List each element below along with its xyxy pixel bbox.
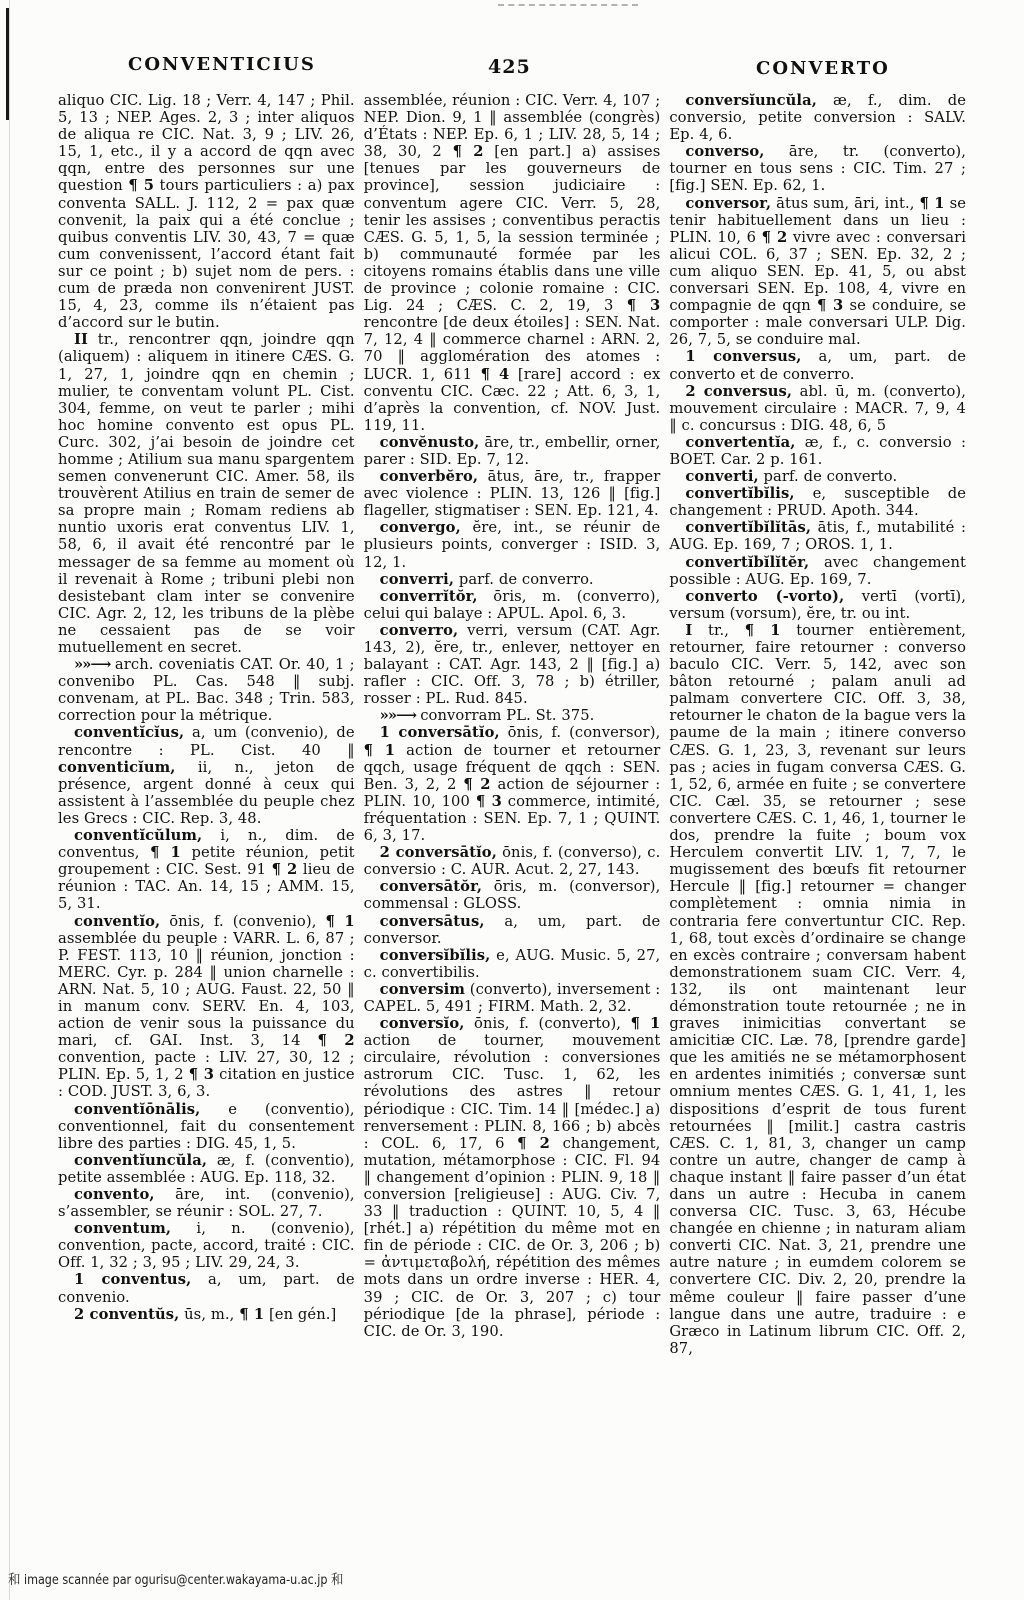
pilcrow-section-marker: ¶ 3 <box>189 1066 214 1083</box>
pilcrow-section-marker: ¶ 4 <box>481 366 510 383</box>
headword: converbĕro, <box>380 468 478 485</box>
dictionary-paragraph: convertĭbĭlĭtās, ātis, f., mutabilité : … <box>669 519 966 553</box>
pilcrow-section-marker: ¶ 2 <box>762 229 788 246</box>
dictionary-paragraph: convertĭbĭlĭtĕr, avec changement possibl… <box>669 554 966 588</box>
dictionary-paragraph: converbĕro, ātus, āre, tr., frapper avec… <box>364 468 661 519</box>
headword: conventicĭum, <box>58 759 176 776</box>
headword: conventĭuncŭla, <box>74 1152 207 1169</box>
dictionary-paragraph: convento, āre, int. (convenio), s’assemb… <box>58 1186 355 1220</box>
dictionary-column-right: conversĭuncŭla, æ, f., dim. de conversio… <box>669 92 966 1542</box>
dictionary-paragraph: 1 conversus, a, um, part. de converto et… <box>669 348 966 382</box>
headword: conversātus, <box>380 913 485 930</box>
headword: converro, <box>380 622 459 639</box>
dictionary-paragraph: conventĭōnālis, e (conventio), conventio… <box>58 1101 355 1152</box>
text-columns: aliquo CIC. Lig. 18 ; Verr. 4, 147 ; Phi… <box>58 92 966 1542</box>
archaic-forms-arrow-icon: »»⟶ <box>380 707 421 724</box>
dictionary-paragraph: aliquo CIC. Lig. 18 ; Verr. 4, 147 ; Phi… <box>58 92 355 331</box>
dictionary-paragraph: 2 conventŭs, ūs, m., ¶ 1 [en gén.] <box>58 1306 355 1323</box>
headword: convertĭbĭlis, <box>685 485 794 502</box>
headword: convergo, <box>380 519 461 536</box>
dictionary-paragraph: conventĭuncŭla, æ, f. (conventio), petit… <box>58 1152 355 1186</box>
headword: conventĭcĭus, <box>74 724 184 741</box>
dictionary-paragraph: conventĭcĭus, a, um (convenio), de renco… <box>58 724 355 827</box>
headword: conventĭcŭlum, <box>74 827 202 844</box>
scan-edge-line <box>9 0 10 1600</box>
dictionary-paragraph: conversātŏr, ōris, m. (conversor), comme… <box>364 878 661 912</box>
page-number: 425 <box>488 56 531 78</box>
headword: conversĭo, <box>380 1015 465 1032</box>
headword: 2 conversātĭo, <box>380 844 497 861</box>
scan-credit-line: 和 image scannée par ogurisu@center.wakay… <box>8 1568 343 1588</box>
dictionary-paragraph: converro, verri, versum (CAT. Agr. 143, … <box>364 622 661 707</box>
dictionary-paragraph: convertentĭa, æ, f., c. conversio : BOET… <box>669 434 966 468</box>
dictionary-paragraph: convertĭbĭlis, e, susceptible de changem… <box>669 485 966 519</box>
dictionary-paragraph: conversor, ātus sum, āri, int., ¶ 1 se t… <box>669 195 966 349</box>
dictionary-paragraph: converso, āre, tr. (converto), tourner e… <box>669 143 966 194</box>
pilcrow-section-marker: ¶ 1 <box>745 622 781 639</box>
headword: converso, <box>685 143 764 160</box>
pilcrow-section-marker: ¶ 3 <box>627 297 661 314</box>
headword: conversĭbĭlis, <box>380 947 491 964</box>
headword: conversim <box>380 981 465 998</box>
dictionary-paragraph: assemblée, réunion : CIC. Verr. 4, 107 ;… <box>364 92 661 434</box>
pilcrow-section-marker: ¶ 2 <box>517 1135 550 1152</box>
dictionary-paragraph: conversĭbĭlis, e, AUG. Music. 5, 27, c. … <box>364 947 661 981</box>
dictionary-paragraph: 2 conversus, abl. ū, m. (converto), mouv… <box>669 383 966 434</box>
dictionary-paragraph: 2 conversātĭo, ōnis, f. (converso), c. c… <box>364 844 661 878</box>
dictionary-paragraph: conversim (converto), inversement : CAPE… <box>364 981 661 1015</box>
page-header: CONVENTICIUS 425 CONVERTO <box>0 52 1024 82</box>
dictionary-paragraph: 1 conversātĭo, ōnis, f. (conversor), ¶ 1… <box>364 724 661 844</box>
dictionary-paragraph: convĕnusto, āre, tr., embellir, orner, p… <box>364 434 661 468</box>
dictionary-paragraph: converrĭtŏr, ōris, m. (converro), celui … <box>364 588 661 622</box>
headword: convento, <box>74 1186 155 1203</box>
pilcrow-section-marker: ¶ 1 <box>325 913 354 930</box>
headword: 1 conversus, <box>685 348 801 365</box>
headword: I <box>685 622 692 639</box>
archaic-forms-arrow-icon: »»⟶ <box>74 656 115 673</box>
headword: converri, <box>380 571 454 588</box>
dictionary-paragraph: conventĭo, ōnis, f. (convenio), ¶ 1 asse… <box>58 913 355 1101</box>
headword: 1 conventus, <box>74 1271 191 1288</box>
dictionary-paragraph: II tr., rencontrer qqn, joindre qqn (ali… <box>58 331 355 656</box>
dictionary-paragraph: conversĭo, ōnis, f. (converto), ¶ 1 acti… <box>364 1015 661 1340</box>
headword: converto (-vorto), <box>685 588 844 605</box>
headword: convertentĭa, <box>685 434 795 451</box>
headword: conversor, <box>685 195 771 212</box>
dictionary-column-left: aliquo CIC. Lig. 18 ; Verr. 4, 147 ; Phi… <box>58 92 355 1542</box>
headword: 2 conversus, <box>685 383 792 400</box>
dictionary-column-middle: assemblée, réunion : CIC. Verr. 4, 107 ;… <box>364 92 661 1542</box>
dictionary-paragraph: 1 conventus, a, um, part. de convenio. <box>58 1271 355 1305</box>
pilcrow-section-marker: ¶ 1 <box>919 195 944 212</box>
dictionary-paragraph: conventĭcŭlum, i, n., dim. de conventus,… <box>58 827 355 912</box>
dictionary-paragraph: conversātus, a, um, part. de conversor. <box>364 913 661 947</box>
dictionary-paragraph: »»⟶ convorram PL. St. 375. <box>364 707 661 724</box>
scan-top-artifact <box>498 4 638 6</box>
pilcrow-section-marker: ¶ 2 <box>453 143 484 160</box>
dictionary-paragraph: »»⟶ arch. coveniatis CAT. Or. 40, 1 ; co… <box>58 656 355 724</box>
dictionary-paragraph: converto (-vorto), vertī (vortī), versum… <box>669 588 966 622</box>
pilcrow-section-marker: ¶ 3 <box>476 793 502 810</box>
pilcrow-section-marker: ¶ 2 <box>318 1032 355 1049</box>
headword: II <box>74 331 88 348</box>
pilcrow-section-marker: ¶ 1 <box>150 844 181 861</box>
dictionary-paragraph: conversĭuncŭla, æ, f., dim. de conversio… <box>669 92 966 143</box>
pilcrow-section-marker: ¶ 1 <box>631 1015 661 1032</box>
dictionary-paragraph: conventum, i, n. (convenio), convention,… <box>58 1220 355 1271</box>
headword: converrĭtŏr, <box>380 588 478 605</box>
headword: conventĭōnālis, <box>74 1101 200 1118</box>
dictionary-paragraph: I tr., ¶ 1 tourner entièrement, retourne… <box>669 622 966 1357</box>
headword: conversātŏr, <box>380 878 482 895</box>
header-guide-word-right: CONVERTO <box>756 58 890 79</box>
pilcrow-section-marker: ¶ 1 <box>239 1306 264 1323</box>
headword: conventĭo, <box>74 913 160 930</box>
dictionary-paragraph: converri, parf. de converro. <box>364 571 661 588</box>
headword: convertĭbĭlĭtās, <box>685 519 811 536</box>
dictionary-paragraph: converti, parf. de converto. <box>669 468 966 485</box>
headword: convertĭbĭlĭtĕr, <box>685 554 809 571</box>
headword: convĕnusto, <box>380 434 480 451</box>
headword: 1 conversātĭo, <box>380 724 500 741</box>
headword: 2 conventŭs, <box>74 1306 179 1323</box>
pilcrow-section-marker: ¶ 2 <box>272 861 298 878</box>
headword: conventum, <box>74 1220 171 1237</box>
headword: converti, <box>685 468 758 485</box>
pilcrow-section-marker: ¶ 3 <box>817 297 843 314</box>
dictionary-paragraph: convergo, ĕre, int., se réunir de plusie… <box>364 519 661 570</box>
pilcrow-section-marker: ¶ 1 <box>364 742 395 759</box>
header-guide-word-left: CONVENTICIUS <box>128 54 316 75</box>
scanned-dictionary-page: CONVENTICIUS 425 CONVERTO aliquo CIC. Li… <box>0 0 1024 1600</box>
pilcrow-section-marker: ¶ 5 <box>128 177 154 194</box>
headword: conversĭuncŭla, <box>685 92 817 109</box>
pilcrow-section-marker: ¶ 2 <box>463 776 490 793</box>
